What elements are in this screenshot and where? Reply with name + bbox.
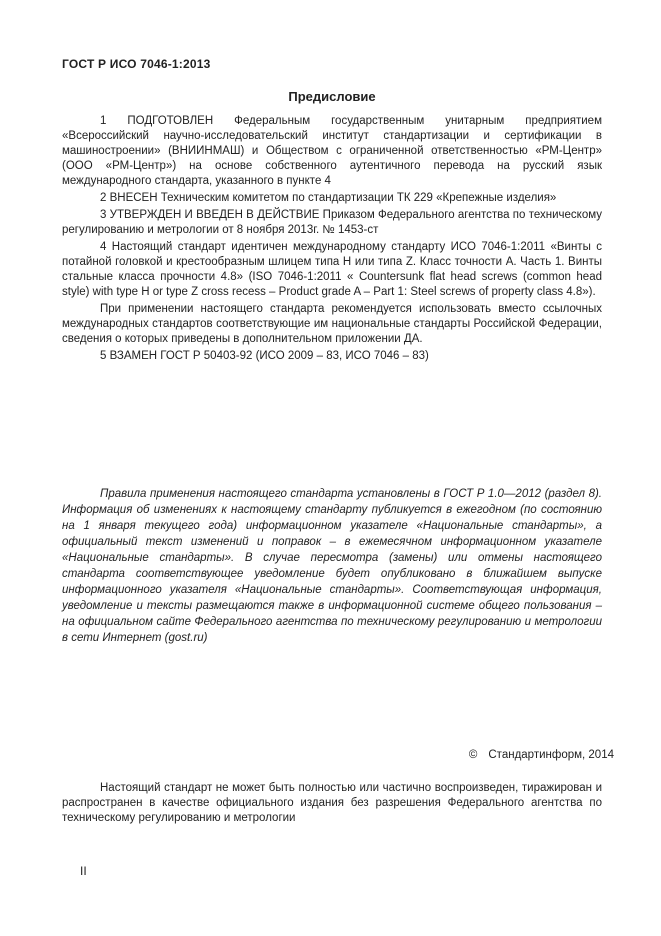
page-number: II [80,864,602,879]
foreword-paragraph-5: При применении настоящего стандарта реко… [62,302,602,347]
document-page: ГОСТ Р ИСО 7046-1:2013 Предисловие 1 ПОД… [0,0,661,936]
copyright-line: ©Стандартинформ, 2014 [62,748,614,763]
foreword-paragraph-4: 4 Настоящий стандарт идентичен междунаро… [62,240,602,300]
reproduction-restriction-note: Настоящий стандарт не может быть полност… [62,781,602,826]
foreword-paragraph-6: 5 ВЗАМЕН ГОСТ Р 50403-92 (ИСО 2009 – 83,… [62,349,602,364]
copyright-symbol: © [469,748,477,763]
rules-of-application-note: Правила применения настоящего стандарта … [62,486,602,646]
page-title: Предисловие [62,89,602,104]
foreword-paragraph-3: 3 УТВЕРЖДЕН И ВВЕДЕН В ДЕЙСТВИЕ Приказом… [62,208,602,238]
copyright-text: Стандартинформ, 2014 [488,749,614,761]
foreword-paragraph-1: 1 ПОДГОТОВЛЕН Федеральным государственны… [62,114,602,189]
document-code: ГОСТ Р ИСО 7046-1:2013 [62,57,602,72]
foreword-paragraph-2: 2 ВНЕСЕН Техническим комитетом по станда… [62,191,602,206]
